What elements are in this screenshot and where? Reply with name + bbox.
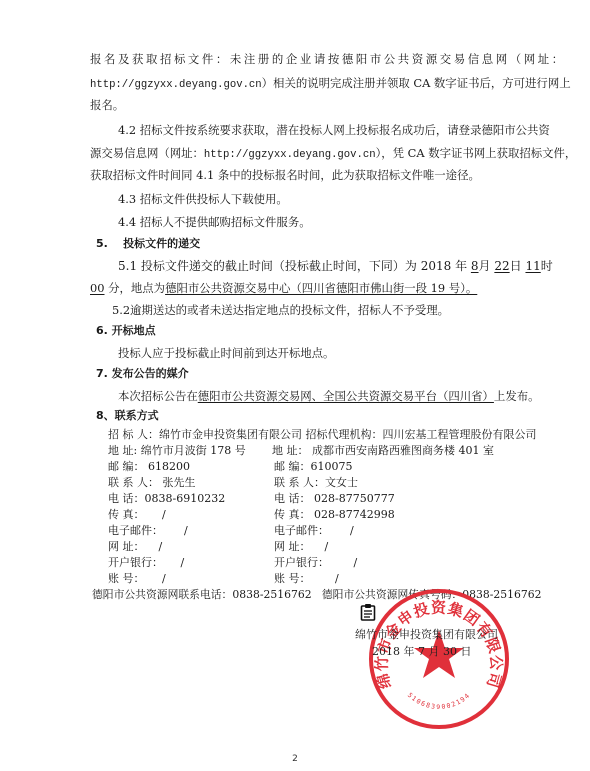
label: 传 真： (274, 508, 311, 521)
tenderer-label: 招 标 人： (108, 428, 159, 441)
label: 联 系 人： (274, 476, 325, 489)
right-email-row: 电子邮件： / (274, 524, 354, 538)
right-contact-person-row: 联 系 人：文女士 (274, 476, 358, 490)
label: 地 址: (108, 444, 137, 457)
tenderer-row: 招 标 人：绵竹市金申投资集团有限公司 招标代理机构：四川宏基工程管理股份有限公… (108, 428, 537, 442)
left-postcode-row: 邮 编： 618200 (108, 460, 190, 474)
paragraph-4-1-line3: 报名。 (90, 98, 124, 112)
paragraph-5-2: 5.2逾期送达的或者未送达指定地点的投标文件，招标人不予受理。 (112, 303, 449, 317)
value: 文女士 (325, 476, 358, 489)
company-seal-stamp: 绵竹市金申投资集团有限公司 5106839002194 (366, 586, 512, 732)
text: ）相关的说明完成注册并领取 CA 数字证书后，方可进行网上 (262, 76, 571, 90)
value: / (353, 556, 357, 569)
right-website-row: 网 址： / (274, 540, 328, 554)
label: 开户银行： (274, 556, 329, 569)
label: 邮 编： (108, 460, 145, 473)
label: 网 址： (108, 540, 145, 553)
value: / (180, 556, 184, 569)
right-bank-row: 开户银行： / (274, 556, 357, 570)
label: 账 号： (274, 572, 311, 585)
paragraph-4-1-line1: 报名及获取招标文件：未注册的企业请按德阳市公共资源交易信息网（网址： (90, 52, 566, 66)
label: 邮 编： (274, 460, 311, 473)
section-6-heading: 6. 开标地点 (96, 324, 156, 338)
text: 源交易信息网（网址： (90, 146, 204, 160)
label: 地 址： (272, 444, 309, 457)
value: / (335, 572, 339, 585)
agent-label: 招标代理机构： (306, 428, 383, 441)
label: 传 真： (108, 508, 145, 521)
right-address-row: 地 址： 成都市西安南路西雅图商务楼 401 室 (272, 444, 494, 458)
month-value: 8 (471, 259, 479, 273)
text: ），凭 CA 数字证书网上获取招标文件， (376, 146, 577, 160)
phone-value: 0838-2516762 (232, 588, 311, 601)
paragraph-4-2-line3: 获取招标文件时间同 4.1 条中的投标报名时间，此为获取招标文件唯一途径。 (90, 168, 480, 182)
left-contact-person-row: 联 系 人： 张先生 (108, 476, 196, 490)
label: 电子邮件： (108, 524, 163, 537)
paragraph-6: 投标人应于投标截止时间前到达开标地点。 (118, 346, 334, 360)
signature-date: 2018 年 7 月 30 日 (372, 643, 471, 659)
section-7-heading: 7. 发布公告的媒介 (96, 367, 189, 381)
text: 5.1 投标文件递交的截止时间（投标截止时间，下同）为 2018 年 (118, 259, 471, 273)
section-5-heading: 5. 投标文件的递交 (96, 237, 200, 251)
text: 时 (541, 259, 553, 273)
left-phone-row: 电 话：0838-6910232 (108, 492, 225, 506)
paragraph-4-2-line2: 源交易信息网（网址：http://ggzyxx.deyang.gov.cn），凭… (90, 146, 576, 162)
text: 月 (479, 259, 495, 273)
tenderer-name: 绵竹市金申投资集团有限公司 (159, 428, 302, 441)
value: / (325, 540, 329, 553)
value: 028-87742998 (314, 508, 395, 521)
value: 028-87750777 (314, 492, 395, 505)
left-email-row: 电子邮件： / (108, 524, 188, 538)
value: 张先生 (163, 476, 196, 489)
media-list: 德阳市公共资源交易网、全国公共资源交易平台（四川省） (198, 389, 494, 403)
value: / (184, 524, 188, 537)
text: 日 (510, 259, 526, 273)
signature-company: 绵竹市金申投资集团有限公司 (355, 626, 498, 642)
value: 618200 (148, 460, 190, 473)
label: 联 系 人： (108, 476, 159, 489)
day-value: 22 (494, 259, 509, 273)
page-number: 2 (0, 754, 590, 764)
right-account-row: 账 号： / (274, 572, 339, 586)
paragraph-4-2-line1: 4.2 招标文件按系统要求获取，潜在投标人网上投标报名成功后，请登录德阳市公共资 (118, 123, 550, 137)
left-bank-row: 开户银行： / (108, 556, 184, 570)
value: 绵竹市月波街 178 号 (141, 444, 246, 457)
agent-name: 四川宏基工程管理股份有限公司 (383, 428, 537, 441)
paragraph-4-3: 4.3 招标文件供投标人下载使用。 (118, 192, 288, 206)
minute-value: 00 (90, 281, 105, 295)
label: 电 话： (274, 492, 311, 505)
heading-number: 5. (96, 237, 108, 250)
left-address-row: 地 址: 绵竹市月波街 178 号 (108, 444, 246, 458)
value: 成都市西安南路西雅图商务楼 401 室 (312, 444, 494, 457)
label: 账 号： (108, 572, 145, 585)
paragraph-5-1-line1: 5.1 投标文件递交的截止时间（投标截止时间，下同）为 2018 年 8月 22… (118, 259, 553, 273)
url-link[interactable]: http://ggzyxx.deyang.gov.cn (204, 149, 376, 161)
label: 电子邮件： (274, 524, 329, 537)
text: 上发布。 (494, 389, 540, 403)
right-fax-row: 传 真： 028-87742998 (274, 508, 395, 522)
text: 分，地点为 (105, 281, 166, 295)
value: 0838-6910232 (145, 492, 226, 505)
paragraph-7: 本次招标公告在德阳市公共资源交易网、全国公共资源交易平台（四川省）上发布。 (118, 389, 540, 403)
label: 电 话： (108, 492, 145, 505)
left-fax-row: 传 真： / (108, 508, 166, 522)
left-website-row: 网 址： / (108, 540, 162, 554)
value: / (350, 524, 354, 537)
seal-number: 5106839002194 (406, 691, 472, 711)
phone-label: 德阳市公共资源网联系电话： (92, 588, 232, 601)
left-account-row: 账 号： / (108, 572, 166, 586)
value: / (159, 540, 163, 553)
value: / (162, 508, 166, 521)
paragraph-4-1-line2: http://ggzyxx.deyang.gov.cn）相关的说明完成注册并领取… (90, 76, 571, 92)
value: / (162, 572, 166, 585)
paragraph-5-1-line2: 00 分，地点为德阳市公共资源交易中心（四川省德阳市佛山街一段 19 号）。 (90, 281, 477, 295)
hour-value: 11 (525, 259, 540, 273)
heading-text: 投标文件的递交 (123, 237, 200, 250)
value: 610075 (311, 460, 353, 473)
label: 开户银行： (108, 556, 163, 569)
text: 本次招标公告在 (118, 389, 198, 403)
right-postcode-row: 邮 编：610075 (274, 460, 353, 474)
right-phone-row: 电 话： 028-87750777 (274, 492, 395, 506)
location: 德阳市公共资源交易中心（四川省德阳市佛山街一段 19 号）。 (165, 281, 477, 295)
url-link[interactable]: http://ggzyxx.deyang.gov.cn (90, 79, 262, 91)
paragraph-4-4: 4.4 招标人不提供邮购招标文件服务。 (118, 215, 311, 229)
svg-text:5106839002194: 5106839002194 (406, 691, 472, 711)
label: 网 址： (274, 540, 311, 553)
section-8-heading: 8、联系方式 (96, 409, 159, 423)
